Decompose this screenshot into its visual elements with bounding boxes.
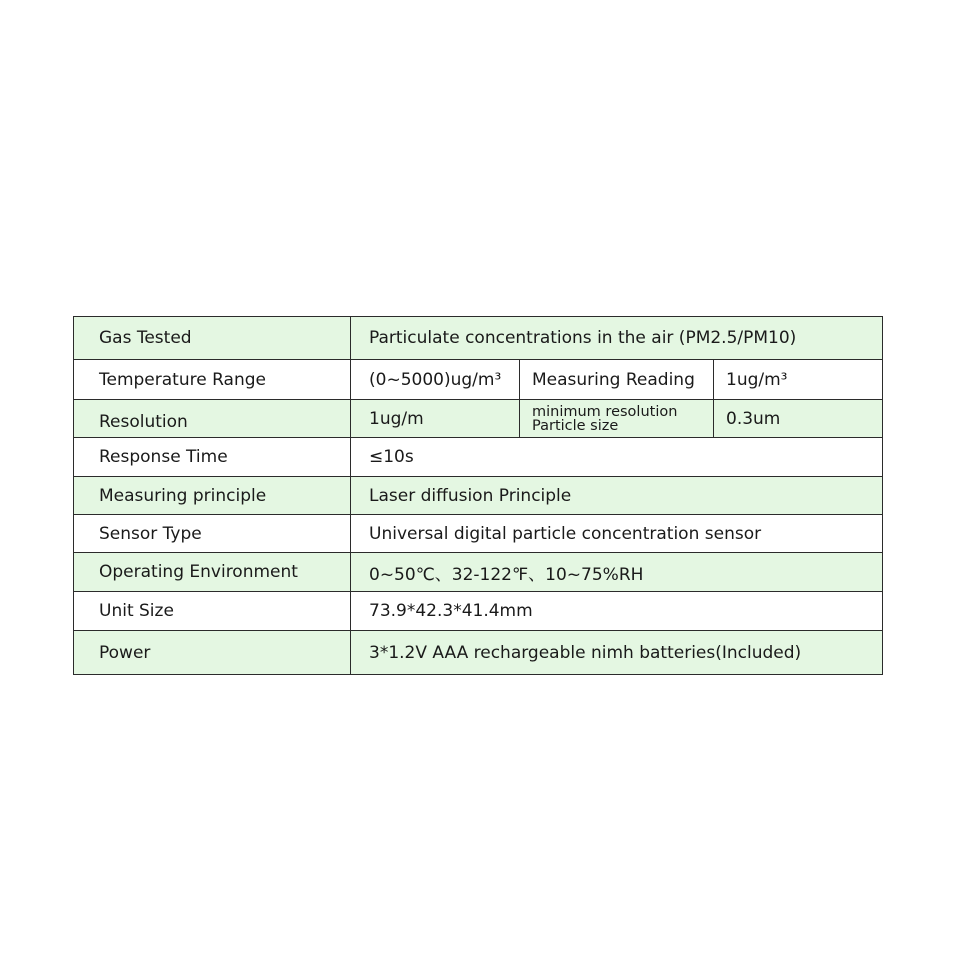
row-label: Resolution [74,400,351,438]
row-label: Unit Size [74,592,351,631]
row-value: Particulate concentrations in the air (P… [351,317,883,360]
row-label: Sensor Type [74,515,351,553]
row-value: 3*1.2V AAA rechargeable nimh batteries(I… [351,631,883,675]
spec-table: Gas Tested Particulate concentrations in… [73,316,883,675]
sub-label-line1: minimum resolution [532,405,713,419]
row-label: Gas Tested [74,317,351,360]
sub-value: 1ug/m³ [714,360,883,400]
table-row-operating-environment: Operating Environment 0~50℃、32-122℉、10~7… [74,553,883,592]
sub-label: Measuring Reading [520,360,714,400]
table-row-power: Power 3*1.2V AAA rechargeable nimh batte… [74,631,883,675]
row-label: Temperature Range [74,360,351,400]
row-value: 0~50℃、32-122℉、10~75%RH [351,553,883,592]
row-label: Response Time [74,438,351,477]
row-value: (0~5000)ug/m³ [351,360,520,400]
table-row-temperature-range: Temperature Range (0~5000)ug/m³ Measurin… [74,360,883,400]
row-value: ≤10s [351,438,883,477]
table-row-unit-size: Unit Size 73.9*42.3*41.4mm [74,592,883,631]
table-row-resolution: Resolution 1ug/m minimum resolution Part… [74,400,883,438]
table-row-measuring-principle: Measuring principle Laser diffusion Prin… [74,477,883,515]
sub-label-line2: Particle size [532,419,713,433]
row-value: 73.9*42.3*41.4mm [351,592,883,631]
row-value: Laser diffusion Principle [351,477,883,515]
table-row-sensor-type: Sensor Type Universal digital particle c… [74,515,883,553]
row-label: Power [74,631,351,675]
row-value: 1ug/m [351,400,520,438]
table-row-gas-tested: Gas Tested Particulate concentrations in… [74,317,883,360]
row-value: Universal digital particle concentration… [351,515,883,553]
sub-label: minimum resolution Particle size [520,400,714,438]
table-row-response-time: Response Time ≤10s [74,438,883,477]
sub-value: 0.3um [714,400,883,438]
row-label: Operating Environment [74,553,351,592]
row-label: Measuring principle [74,477,351,515]
